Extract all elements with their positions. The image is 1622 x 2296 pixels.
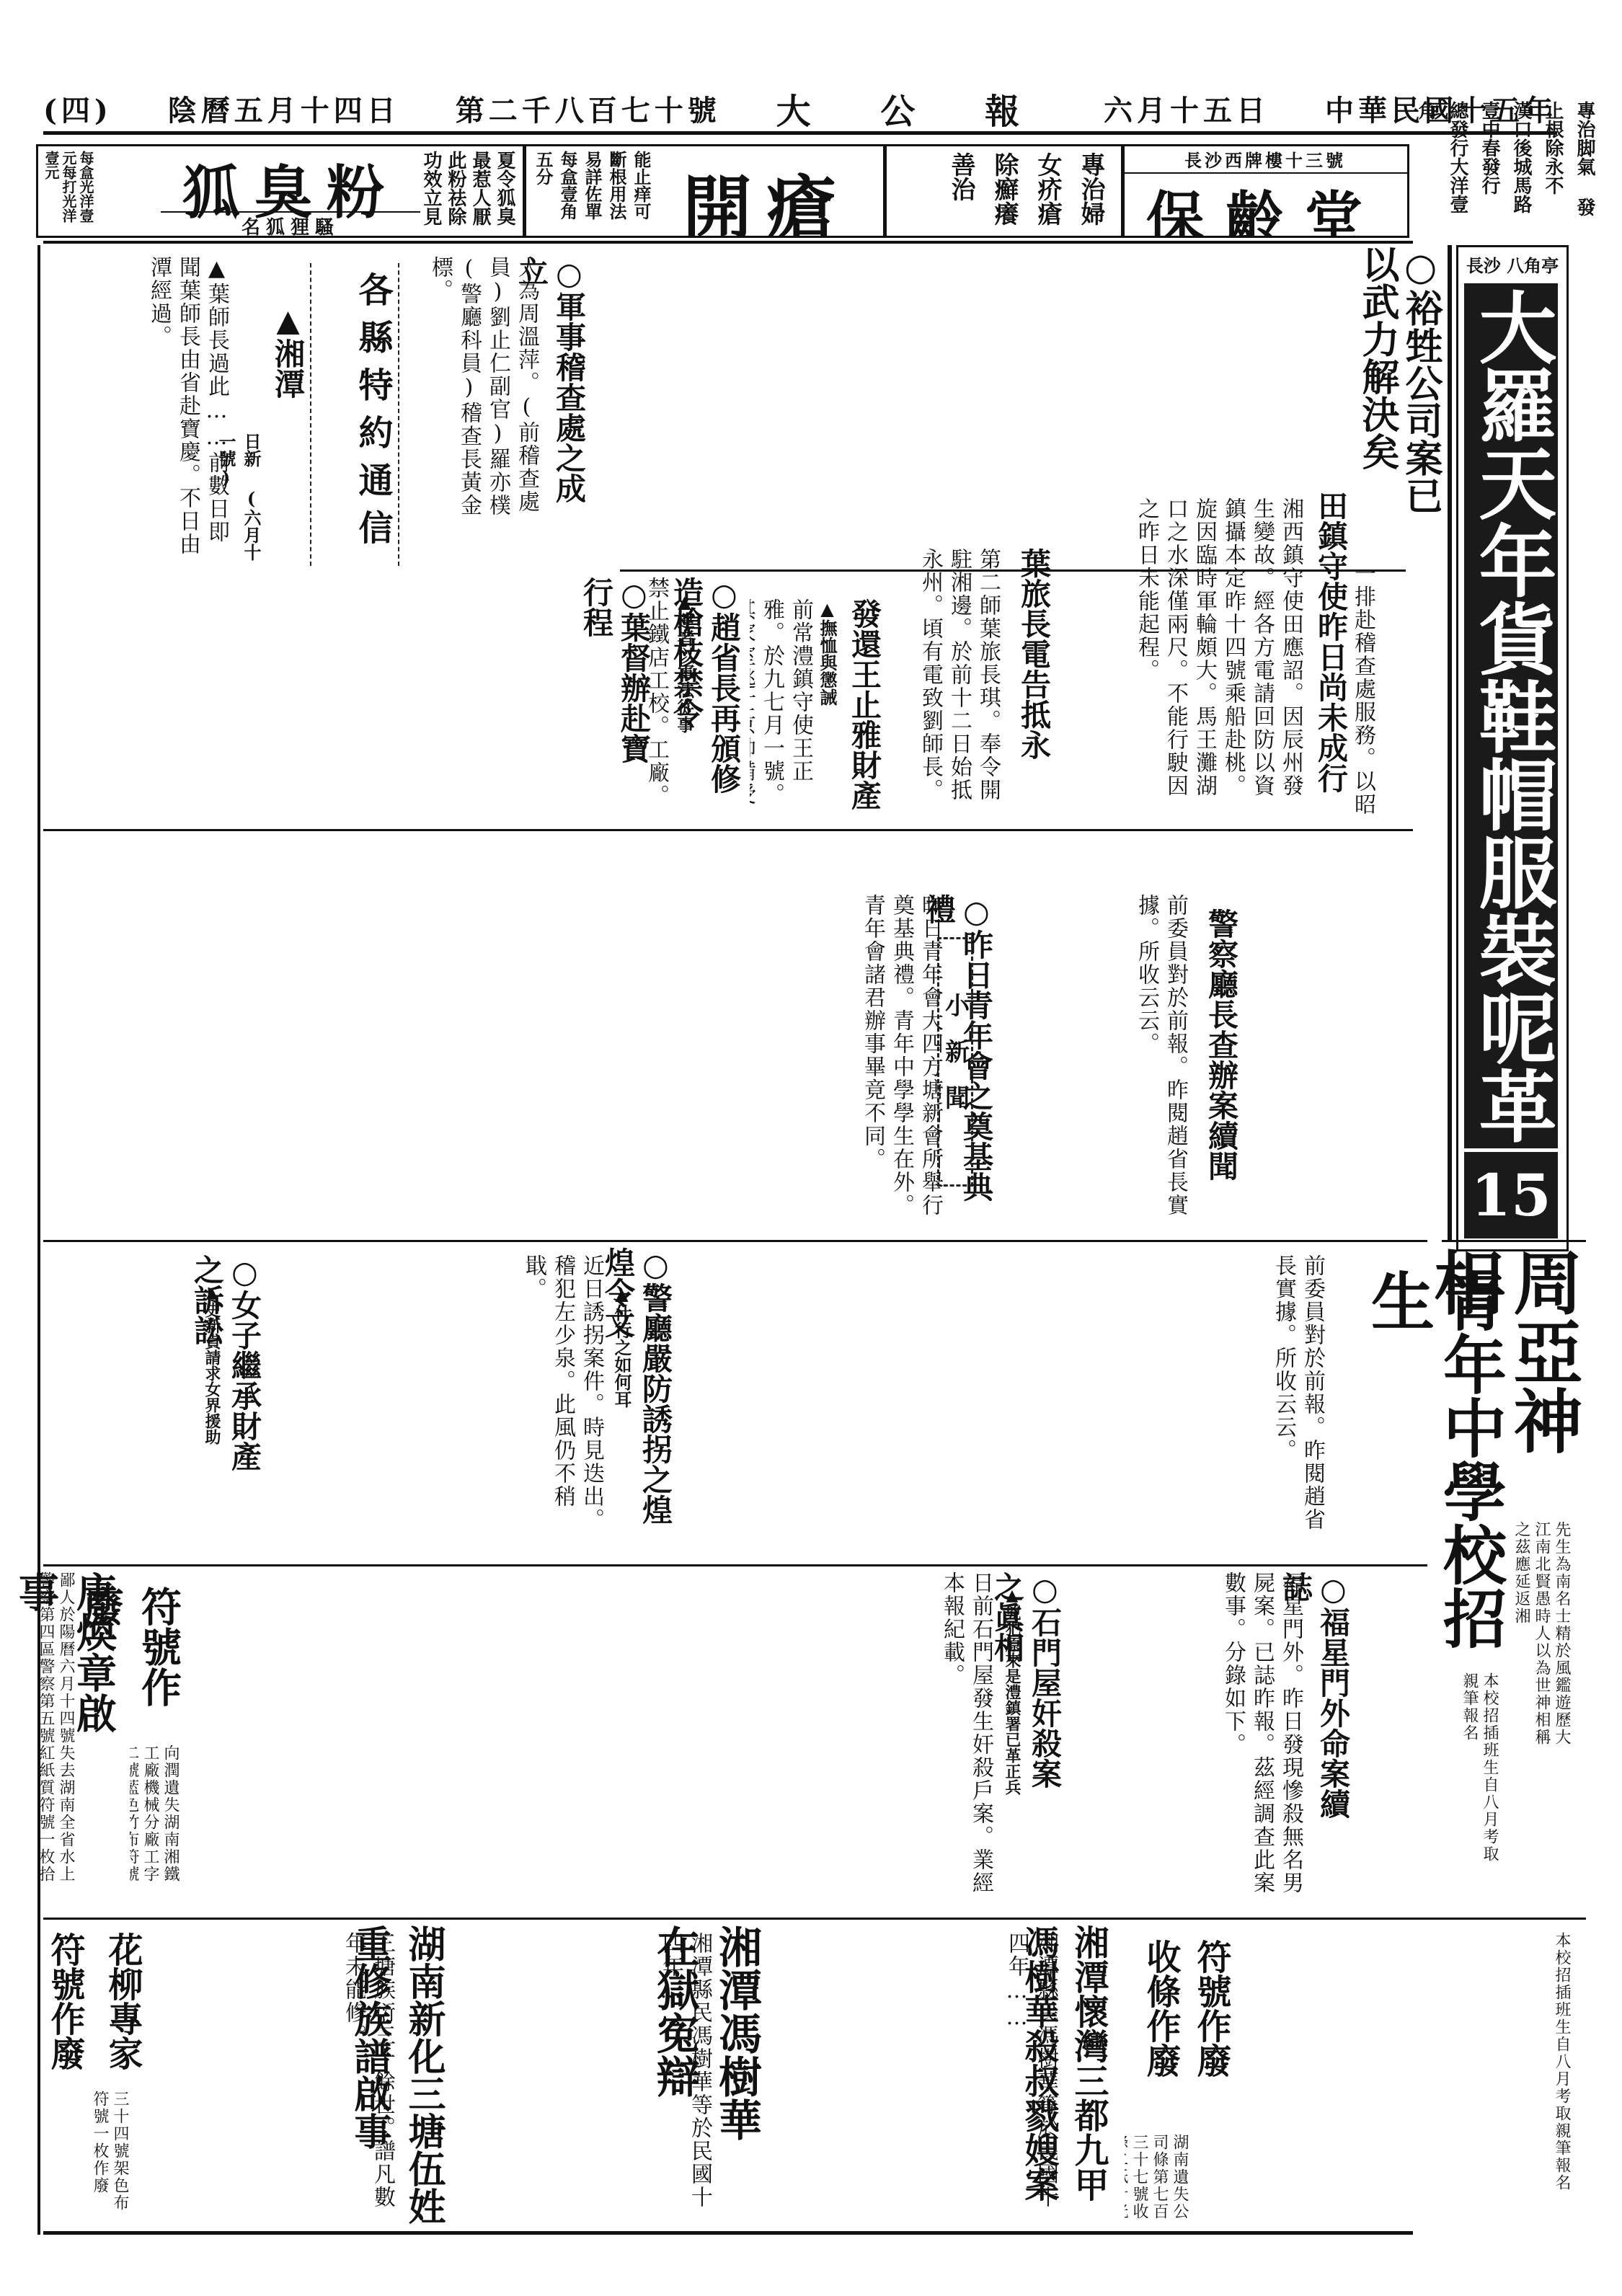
section-rule (43, 1918, 1586, 1920)
article-headline: ○福星門外命案續誌 (1312, 1572, 1352, 1845)
article-body: 日前石門屋發生奸殺戶案。業經本報紀載。 (793, 1572, 995, 1910)
ad-line: 漢口後城馬路 (1510, 101, 1532, 213)
notice-body: 湖南遺失公司條第七百三十七號收條二紙計光洋六百元拾者作廢 (1125, 2134, 1189, 2220)
masthead-page: (四) (43, 88, 112, 129)
article-headline: 湘潭馮樹華在獄寃辯 (721, 1925, 768, 2163)
masthead-date: 六月十五日 (1104, 88, 1269, 129)
section-rule (620, 569, 1406, 572)
article-body: ▲葉師長過此……前數日即聞葉師長由省赴寶慶。不日由潭經過。 (43, 256, 231, 559)
section-rule (43, 829, 1413, 831)
article-body: 湘西鎮守使田應詔。因辰州發生變故。經各方電請回防以資鎮攝本定昨十四號乘船赴桃。旋… (1060, 497, 1305, 807)
ad-side-text: 能止痒可斷根用法易詳佐單每盒壹角五分 (531, 151, 653, 236)
article-sub: ▲什行之如何耳 (613, 1283, 634, 1427)
article-headline: ○軍事稽查處之成立 (548, 256, 588, 515)
section-header-county-news: 各縣特約通信 (310, 263, 399, 566)
small-news-label: 小新聞 (938, 993, 973, 1131)
ad-line: 總發行大洋壹角 (1415, 101, 1468, 213)
section-rule (43, 1564, 1427, 1566)
masthead-issue-no: 第二千八百七十號 (456, 88, 721, 129)
article-sub: ▲湘潭 (267, 303, 306, 433)
ad-title: 保齡堂 (1123, 172, 1407, 238)
ad-rule (1442, 1240, 1586, 1242)
ad-side-text: 夏令狐臭最惹人厭此粉祛除功效立見 (419, 151, 517, 236)
ad-kai-chuang: 能止痒可斷根用法易詳佐單每盒壹角五分 開瘡 (523, 144, 887, 238)
ad-zhouya-title: 周亞神相 (1503, 1247, 1582, 1521)
masthead: 中華民國十五年 六月十五日 大 公 報 第二千八百七十號 陰曆五月十四日 (四) (43, 87, 1557, 130)
masthead-rule (43, 131, 1557, 135)
article-tian: 田鎮守使昨日尚未成行 (1312, 490, 1355, 807)
notice-body: 鄙人於陽曆六月十四號失去湖南全省水上警察第四區警察第五號紅紙質符號一枚拾得作廢特… (40, 1572, 76, 1896)
article-body: 本校招插班生自八月考取親筆報名 (1254, 1932, 1572, 2220)
article-headline: ○裕甡公司案已以武力解決矣 (1355, 245, 1442, 548)
ad-bao-ling-tang: 長沙西牌樓十三號 保齡堂 (1121, 144, 1409, 238)
article-body: 第二師葉旅長琪。奉令開駐湘邊。於前十二日始抵永州。頃有電致劉師長。 (887, 548, 1002, 807)
ad-school-title: 青年中學校招生 (1435, 1269, 1507, 1672)
article-headline: 葉旅長電告抵永 (1009, 548, 1052, 807)
lead-kicker: 長沙 八角亭 (1458, 252, 1566, 280)
article-body: 前委員對於前報。昨閱趙省長實據。所收云云。 (678, 1254, 1326, 1543)
ads-rule (43, 241, 1413, 244)
article-headline: 湘潭懷灣三都九甲馮樹華殺叔戮嫂案 (1067, 1925, 1114, 2228)
article-body: 近日誘拐案件。時見迭出。稽犯左少泉。此風仍不稍戢。 (303, 1254, 606, 1543)
article-sub: ▲撫恤與懲誡 (818, 598, 840, 743)
masthead-paper-name: 大 公 報 (776, 84, 1048, 133)
article-headline: 警察廳長查辦案續聞 (1197, 908, 1240, 1211)
notice-title: 符號作廢 (1197, 1939, 1236, 2127)
notice-body: 三十四號架色布符號一枚作廢 (43, 2091, 130, 2220)
masthead-lunar-date: 陰曆五月十四日 (168, 88, 400, 129)
article-headline: ○女子繼承財產之訴訟 (223, 1254, 263, 1499)
article-headline: ○警廳嚴防誘拐之煌煌令文 (634, 1247, 674, 1550)
article-body: 三塘族衍三十餘世。譜凡數年未能修。 (166, 1932, 396, 2220)
section-rule (43, 1240, 1427, 1242)
article-body: 昨日青年會大四方塘新會所舉行奠基典禮。青年中學學生在外。青年會諸君辦事畢竟不同。 (620, 894, 944, 1225)
article-headline: 湖南新化三塘伍姓重修族譜啟事 (404, 1925, 451, 2228)
article-headline: ○趙省長再頒修造槍枝禁令 (699, 577, 743, 822)
lead-title: 大羅天年貨鞋帽服裝呢革 (1464, 283, 1558, 1148)
notice-title: 符號作廢 (50, 1932, 90, 2091)
article-body: 湘潭縣民馮樹華等於民國十四年…… (793, 1932, 1060, 2220)
notice-title: 收條作廢 (1146, 1939, 1186, 2127)
article-yushen: ○裕甡公司案已以武力解決矣 (1355, 245, 1435, 548)
top-right-ad: 專治脚氣 發止根除永不 漢口後城馬路 壹中春發行 總發行大洋壹角 (1427, 101, 1600, 231)
article-headline: ○石門屋奸殺案之眞相 (1024, 1572, 1063, 1817)
ad-header: 長沙西牌樓十三號 (1123, 146, 1407, 174)
article-body: 前委員對於前報。昨閱趙省長實據。所收云云。 (1038, 894, 1189, 1225)
ad-title: 開瘡 (655, 154, 878, 238)
ad-footer: 名狐狸騷 (161, 211, 420, 237)
article-headline: 田鎮守使昨日尚未成行 (1312, 490, 1350, 807)
ad-skin-cure: 專治婦女疥瘡除癬癢善治 (883, 144, 1125, 238)
notice-title: 符號作廢 (144, 1586, 187, 1745)
notice-title: 唐煥章啟事 (79, 1572, 123, 1745)
article-dateline: 日新 (六月十一號) (238, 433, 264, 577)
ad-fox-powder: 夏令狐臭最惹人厭此粉祛除功效立見 狐臭粉 名狐狸騷 每盒光洋壹元每打光洋壹元 (36, 144, 526, 238)
article-sub: ▲違者以軍法從事 (674, 591, 697, 764)
article-body: 前常澧鎮守使王正雅。於九七月一號。其家室逃亡京帥備受痛苦。 (750, 598, 815, 815)
bottom-rule (43, 2231, 1413, 2235)
article-sub: ▲史新貞請求女界援助 (202, 1283, 223, 1456)
article-body: 湘潭縣民馮樹華等於民國十四年…… (461, 1932, 714, 2220)
article-headline: 發還王止雅財產 (840, 598, 883, 815)
ad-line: 專治脚氣 (1574, 101, 1595, 176)
left-border (37, 245, 40, 2235)
article-sub: ▲兇犯原來是澧鎮署已革正兵 (1002, 1586, 1024, 1802)
article-body: 福星門外。昨日發現慘殺無名男屍案。已誌昨報。茲經調查此案數事。分錄如下。 (1081, 1572, 1305, 1910)
ad-school-body: 本校招插班生自八月考取親筆報名 (1435, 1672, 1499, 1874)
ad-title: 狐臭粉 (161, 146, 420, 211)
lead-number: 15 (1464, 1152, 1558, 1238)
ad-zhouya-body: 先生為南名士精於風鑑遊歷大江南北賢愚時人以為世神相稱之茲應延返湘 (1514, 1521, 1572, 1752)
ad-lines: 專治婦女疥瘡除癬癢善治 (939, 152, 1112, 236)
notice-title: 花柳專家 (108, 1932, 148, 2091)
ad-price: 每盒光洋壹元每打光洋壹元 (43, 151, 94, 236)
article-body: 人為周溫萍。(前稽查處員)劉止仁副官)羅亦樸(警廳科員)稽查長黃金標。 (404, 256, 541, 559)
article-headline: ○葉督辦赴寶行程 (613, 577, 652, 793)
small-news-box: 小新聞 (937, 937, 973, 1187)
column-rule (1448, 245, 1452, 1240)
notice-body: 向潤遺失湖南湘鐵工廠機械分廠工字二號藍色竹布符號聲明作廢 (130, 1745, 180, 1889)
ad-line: 壹中春發行 (1479, 101, 1500, 195)
lead-headline: 長沙 八角亭 大羅天年貨鞋帽服裝呢革 15 (1456, 245, 1569, 1251)
